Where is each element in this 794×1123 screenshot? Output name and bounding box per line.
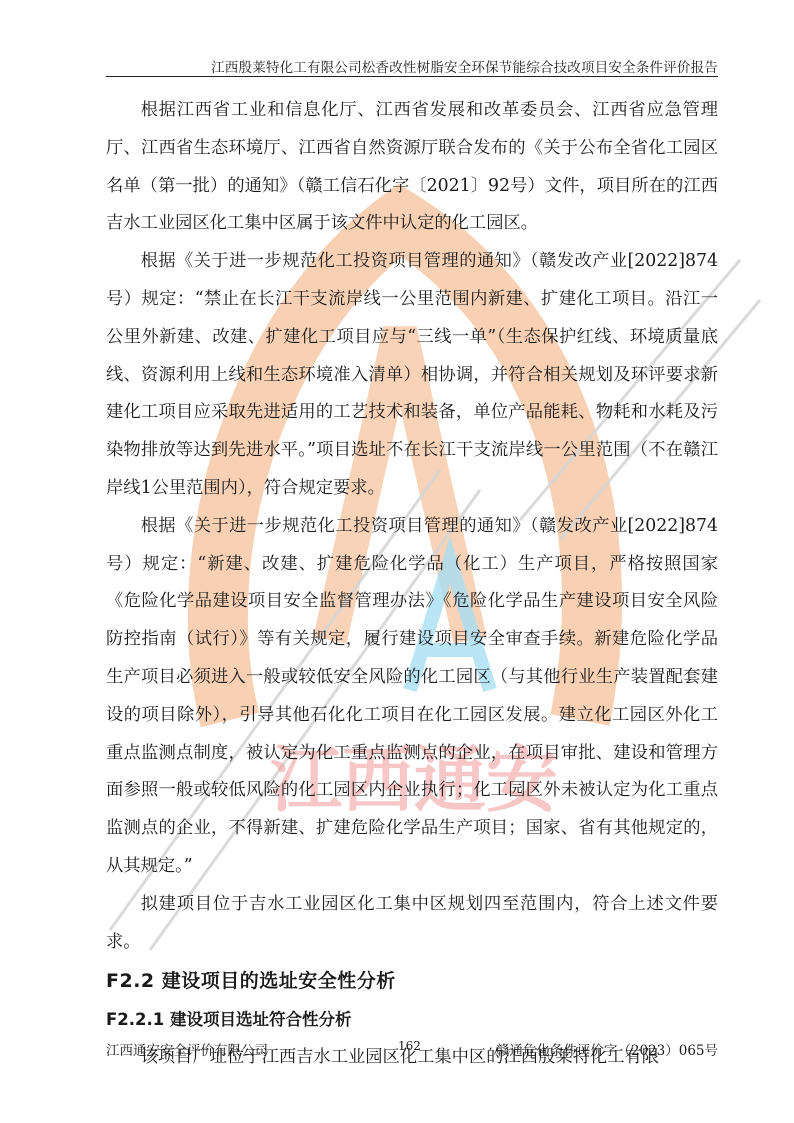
footer-company: 江西通安安全评价有限公司 bbox=[106, 1039, 268, 1059]
section-heading: F2.2 建设项目的选址安全性分析 bbox=[106, 961, 718, 1001]
paragraph: 拟建项目位于吉水工业园区化工集中区规划四至范围内，符合上述文件要求。 bbox=[106, 886, 718, 962]
paragraph: 根据江西省工业和信息化厅、江西省发展和改革委员会、江西省应急管理厅、江西省生态环… bbox=[106, 92, 718, 243]
paragraph: 根据《关于进一步规范化工投资项目管理的通知》（赣发改产业[2022]874号）规… bbox=[106, 508, 718, 886]
header-divider bbox=[106, 76, 718, 77]
document-number: 赣通危化条件评价字（2023）065号 bbox=[496, 1039, 718, 1059]
document-body: 根据江西省工业和信息化厅、江西省发展和改革委员会、江西省应急管理厅、江西省生态环… bbox=[106, 92, 718, 1077]
page-number: 162 bbox=[398, 1039, 421, 1053]
page-header: 江西殷莱特化工有限公司松香改性树脂安全环保节能综合技改项目安全条件评价报告 bbox=[106, 56, 718, 76]
subsection-heading: F2.2.1 建设项目选址符合性分析 bbox=[106, 1001, 718, 1039]
paragraph: 根据《关于进一步规范化工投资项目管理的通知》（赣发改产业[2022]874号）规… bbox=[106, 243, 718, 508]
